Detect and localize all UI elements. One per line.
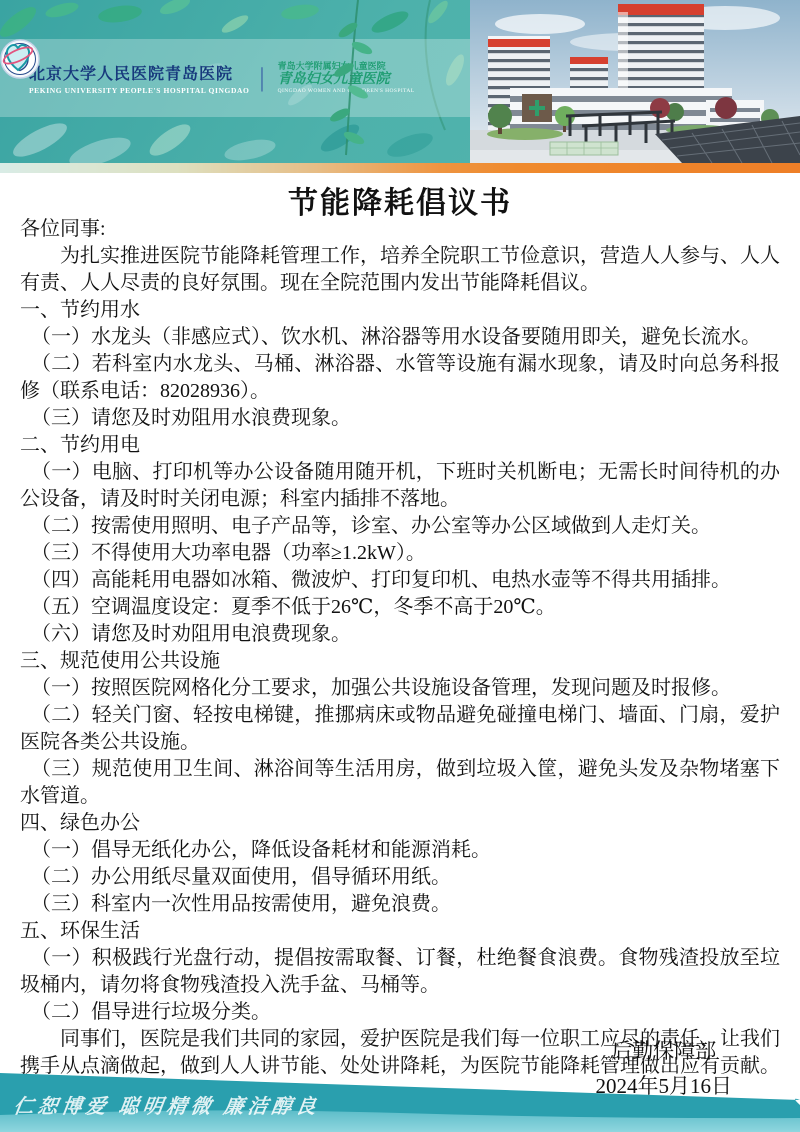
document-paragraphs: 为扎实推进医院节能降耗管理工作，培养全院职工节俭意识，营造人人参与、人人有责、人… — [20, 243, 780, 1080]
paragraph-item: （五）空调温度设定：夏季不低于26℃，冬季不高于20℃。 — [20, 594, 780, 621]
paragraph-item: （一）倡导无纸化办公，降低设备耗材和能源消耗。 — [20, 837, 780, 864]
paragraph-section: 二、节约用电 — [20, 432, 780, 459]
paragraph-item: （二）倡导进行垃圾分类。 — [20, 999, 780, 1026]
paragraph-indent: 为扎实推进医院节能降耗管理工作，培养全院职工节俭意识，营造人人参与、人人有责、人… — [20, 243, 780, 297]
paragraph-item: （三）请您及时劝阻用水浪费现象。 — [20, 405, 780, 432]
hospital-buildings-illustration-icon — [470, 0, 800, 163]
paragraph-section: 三、规范使用公共设施 — [20, 648, 780, 675]
paragraph-item: （三）不得使用大功率电器（功率≥1.2kW）。 — [20, 540, 780, 567]
paragraph-section: 四、绿色办公 — [20, 810, 780, 837]
vine-icon — [0, 0, 470, 163]
paragraph-item: （二）办公用纸尽量双面使用，倡导循环用纸。 — [20, 864, 780, 891]
poster-page: 北京大学人民医院青岛医院 PEKING UNIVERSITY PEOPLE'S … — [0, 0, 800, 1132]
paragraph-item: （二）轻关门窗、轻按电梯键，推挪病床或物品避免碰撞电梯门、墙面、门扇，爱护医院各… — [20, 702, 780, 756]
paragraph-item: （二）按需使用照明、电子产品等，诊室、办公室等办公区域做到人走灯关。 — [20, 513, 780, 540]
paragraph-item: （三）规范使用卫生间、淋浴间等生活用房，做到垃圾入筐，避免头发及杂物堵塞下水管道… — [20, 756, 780, 810]
paragraph-item: （一）水龙头（非感应式）、饮水机、淋浴器等用水设备要随用即关，避免长流水。 — [20, 324, 780, 351]
paragraph-item: （一）按照医院网格化分工要求，加强公共设施设备管理，发现问题及时报修。 — [20, 675, 780, 702]
header-banner: 北京大学人民医院青岛医院 PEKING UNIVERSITY PEOPLE'S … — [0, 0, 800, 163]
paragraph-item: （三）科室内一次性用品按需使用，避免浪费。 — [20, 891, 780, 918]
accent-divider-bar — [0, 163, 800, 173]
paragraph-item: （一）积极践行光盘行动，提倡按需取餐、订餐，杜绝餐食浪费。食物残渣投放至垃圾桶内… — [20, 945, 780, 999]
paragraph-item: （四）高能耗用电器如冰箱、微波炉、打印复印机、电热水壶等不得共用插排。 — [20, 567, 780, 594]
salutation: 各位同事: — [20, 216, 780, 243]
document-body: 各位同事: 为扎实推进医院节能降耗管理工作，培养全院职工节俭意识，营造人人参与、… — [20, 216, 780, 1080]
paragraph-item: （二）若科室内水龙头、马桶、淋浴器、水管等设施有漏水现象，请及时向总务科报修（联… — [20, 351, 780, 405]
paragraph-item: （一）电脑、打印机等办公设备随用随开机，下班时关机断电；无需长时间待机的办公设备… — [20, 459, 780, 513]
paragraph-section: 一、节约用水 — [20, 297, 780, 324]
hospital-rendering-image — [470, 0, 800, 163]
paragraph-item: （六）请您及时劝阻用电浪费现象。 — [20, 621, 780, 648]
hospital-motto: 仁恕博爱 聪明精微 廉洁醇良 — [12, 1090, 322, 1119]
paragraph-section: 五、环保生活 — [20, 918, 780, 945]
